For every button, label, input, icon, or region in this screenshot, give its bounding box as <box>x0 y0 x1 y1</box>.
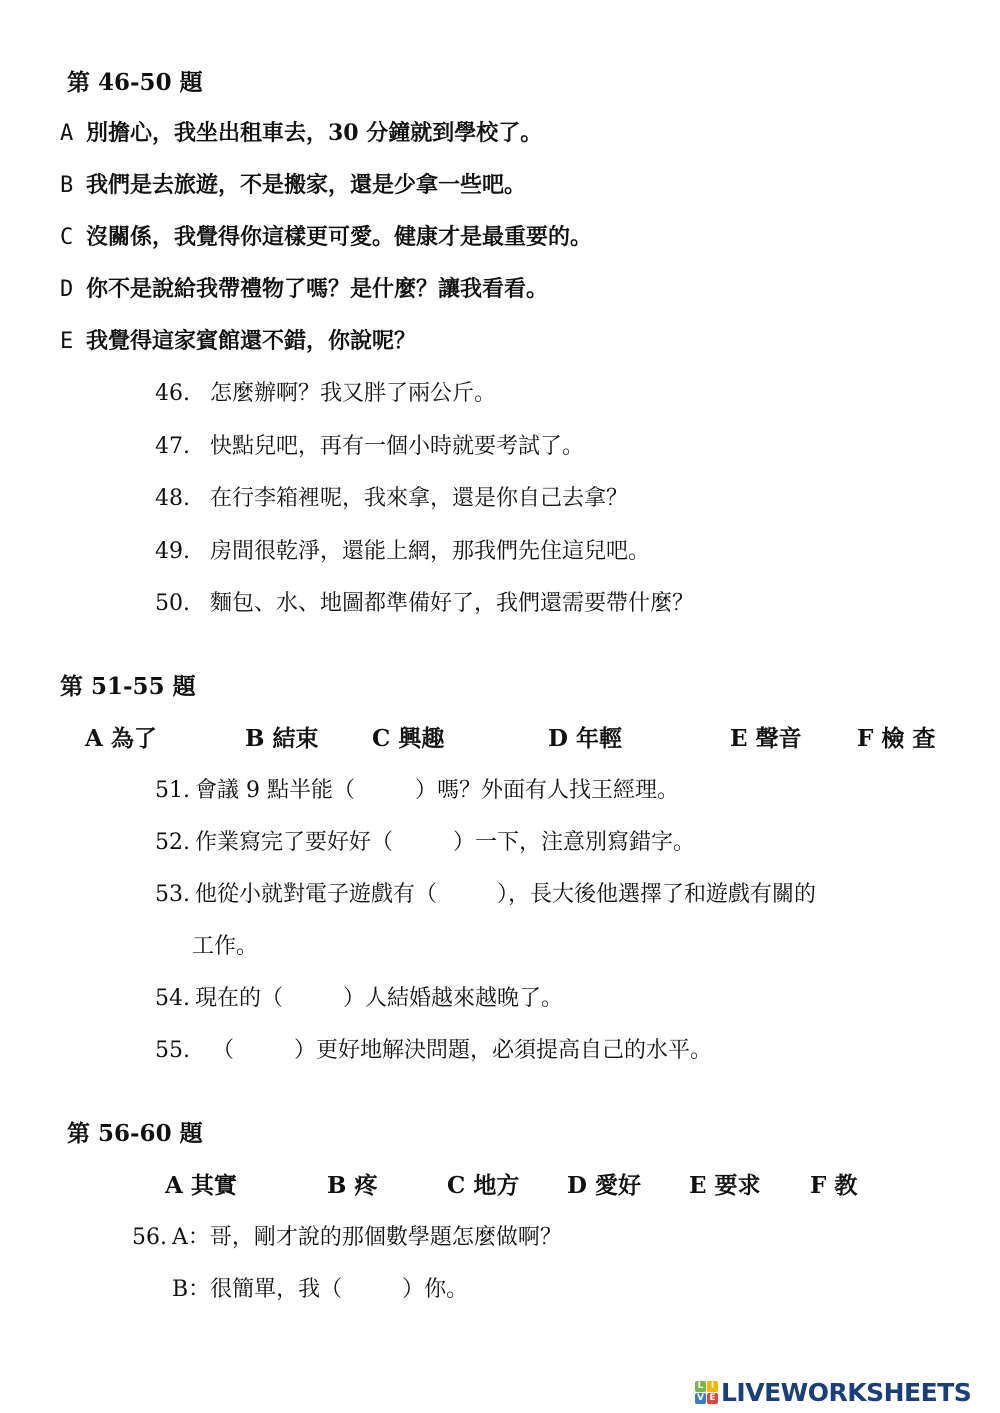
question-text-before: B：很簡單，我（ <box>172 1277 342 1302</box>
logo-cell-l: L <box>695 1381 706 1392</box>
question-48: 48.在行李箱裡呢，我來拿，還是你自己去拿？ <box>155 481 628 512</box>
question-number: 54. <box>155 986 195 1011</box>
question-55: 55. （）更好地解決問題，必須提高自己的水平。 <box>155 1033 712 1064</box>
word-bank-option-a: A 其實 <box>165 1167 237 1200</box>
question-number: 52. <box>155 830 195 855</box>
logo-cell-e: E <box>707 1393 718 1404</box>
option-letter: C <box>60 225 86 250</box>
option-text: 別擔心，我坐出租車去，30 分鐘就到學校了。 <box>86 120 542 146</box>
word-bank-option-d: D 愛好 <box>567 1167 641 1200</box>
live-blocks-icon: L I V E <box>695 1381 718 1404</box>
word-bank-option-e: E 聲音 <box>730 720 802 753</box>
word-bank-option-f: F 檢 查 <box>857 720 935 753</box>
section-title-51-55: 第 51-55 題 <box>60 668 196 701</box>
question-text: 麵包、水、地圖都準備好了，我們還需要帶什麼？ <box>210 591 694 616</box>
question-number: 49. <box>155 539 210 564</box>
question-text-before: 現在的（ <box>195 986 283 1011</box>
question-number: 48. <box>155 486 210 511</box>
question-46: 46.怎麼辦啊？我又胖了兩公斤。 <box>155 376 496 407</box>
option-text: 我覺得這家賓館還不錯，你說呢？ <box>86 328 416 354</box>
question-text: A：哥，剛才說的那個數學題怎麼做啊？ <box>172 1225 562 1250</box>
question-50: 50.麵包、水、地圖都準備好了，我們還需要帶什麼？ <box>155 586 694 617</box>
question-number: 53. <box>155 882 195 907</box>
question-number: 46. <box>155 381 210 406</box>
option-letter: E <box>60 329 86 354</box>
word-bank-option-c: C 地方 <box>447 1167 519 1200</box>
question-number: 55. <box>155 1038 205 1063</box>
word-bank-option-d: D 年輕 <box>548 720 622 753</box>
option-c: C沒關係，我覺得你這樣更可愛。健康才是最重要的。 <box>60 220 592 251</box>
option-text: 你不是說給我帶禮物了嗎？是什麼？讓我看看。 <box>86 276 548 302</box>
question-text-after: ）嗎？外面有人找王經理。 <box>415 778 679 803</box>
question-text-before: 會議 9 點半能（ <box>195 778 355 803</box>
question-text-after: ）你。 <box>402 1277 468 1302</box>
question-number: 50. <box>155 591 210 616</box>
question-text-after: ）人結婚越來越晚了。 <box>343 986 563 1011</box>
option-d: D你不是說給我帶禮物了嗎？是什麼？讓我看看。 <box>60 272 548 303</box>
word-bank-option-b: B 疼 <box>327 1167 377 1200</box>
option-b: B我們是去旅遊，不是搬家，還是少拿一些吧。 <box>60 168 526 199</box>
question-text-before: 作業寫完了要好好（ <box>195 830 393 855</box>
question-53-continuation: 工作。 <box>192 929 258 960</box>
option-text: 沒關係，我覺得你這樣更可愛。健康才是最重要的。 <box>86 224 592 250</box>
question-52: 52.作業寫完了要好好（）一下，注意別寫錯字。 <box>155 825 695 856</box>
question-text: 快點兒吧，再有一個小時就要考試了。 <box>210 434 584 459</box>
question-text: 在行李箱裡呢，我來拿，還是你自己去拿？ <box>210 486 628 511</box>
option-text: 我們是去旅遊，不是搬家，還是少拿一些吧。 <box>86 172 526 198</box>
option-a: A別擔心，我坐出租車去，30 分鐘就到學校了。 <box>60 116 542 147</box>
question-number: 56. <box>132 1225 172 1250</box>
question-text-after: ）更好地解決問題，必須提高自己的水平。 <box>294 1038 712 1063</box>
question-text: 房間很乾淨，還能上網，那我們先住這兒吧。 <box>210 539 650 564</box>
question-text-before: 他從小就對電子遊戲有（ <box>195 882 437 907</box>
question-49: 49.房間很乾淨，還能上網，那我們先住這兒吧。 <box>155 534 650 565</box>
word-bank-option-e: E 要求 <box>689 1167 761 1200</box>
option-letter: D <box>60 277 86 302</box>
option-e: E我覺得這家賓館還不錯，你說呢？ <box>60 324 416 355</box>
question-51: 51.會議 9 點半能（）嗎？外面有人找王經理。 <box>155 773 679 804</box>
word-bank-option-a: A 為了 <box>85 720 157 753</box>
option-letter: A <box>60 121 86 146</box>
question-text: 怎麼辦啊？我又胖了兩公斤。 <box>210 381 496 406</box>
logo-cell-i: I <box>707 1381 718 1392</box>
word-bank-option-b: B 結束 <box>245 720 318 753</box>
section-title-56-60: 第 56-60 題 <box>67 1115 203 1148</box>
word-bank-option-f: F 教 <box>810 1167 857 1200</box>
section-title-46-50: 第 46-50 題 <box>67 64 203 97</box>
question-text-after: ），長大後他選擇了和遊戲有關的 <box>497 882 816 907</box>
logo-cell-v: V <box>695 1393 706 1404</box>
liveworksheets-logo[interactable]: L I V E LIVEWORKSHEETS <box>695 1378 971 1407</box>
question-number: 51. <box>155 778 195 803</box>
question-56-line-b: B：很簡單，我（）你。 <box>172 1272 468 1303</box>
logo-text: LIVEWORKSHEETS <box>721 1378 971 1407</box>
question-53: 53.他從小就對電子遊戲有（），長大後他選擇了和遊戲有關的 <box>155 877 816 908</box>
word-bank-option-c: C 興趣 <box>372 720 444 753</box>
question-56-line-a: 56.A：哥，剛才說的那個數學題怎麼做啊？ <box>132 1220 562 1251</box>
question-54: 54.現在的（）人結婚越來越晚了。 <box>155 981 563 1012</box>
question-47: 47.快點兒吧，再有一個小時就要考試了。 <box>155 429 584 460</box>
question-number: 47. <box>155 434 210 459</box>
question-text-after: ）一下，注意別寫錯字。 <box>453 830 695 855</box>
option-letter: B <box>60 173 86 198</box>
question-text-before: （ <box>205 1038 234 1063</box>
